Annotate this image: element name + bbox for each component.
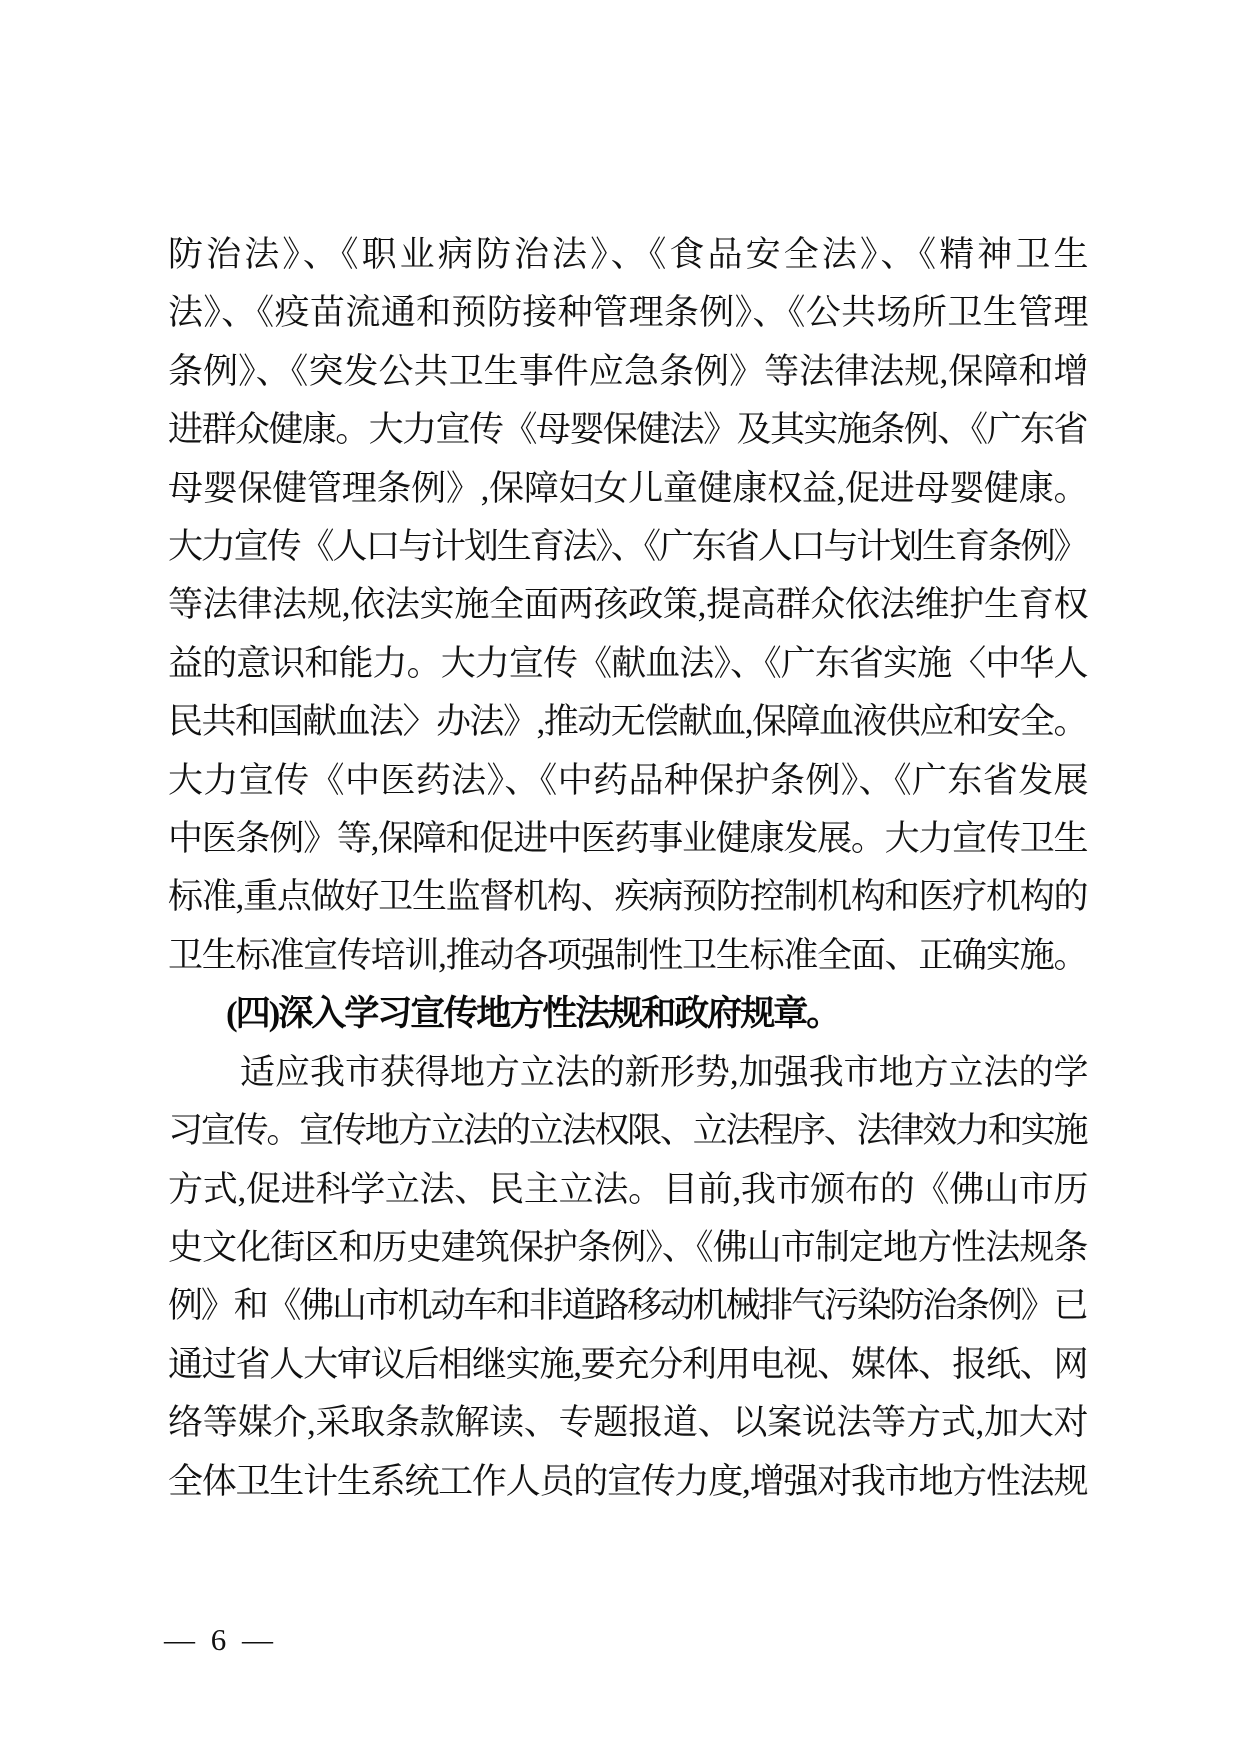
text-line: 母婴保健管理条例》,保障妇女儿童健康权益,促进母婴健康。 [168,460,1085,518]
text-line: 大力宣传《人口与计划生育法》、《广东省人口与计划生育条例》 [168,518,1085,576]
text-line: 标准,重点做好卫生监督机构、疾病预防控制机构和医疗机构的 [168,868,1085,926]
text-line: 络等媒介,采取条款解读、专题报道、以案说法等方式,加大对 [168,1394,1085,1452]
text-line: 民共和国献血法〉办法》,推动无偿献血,保障血液供应和安全。 [168,693,1085,751]
text-line: 中医条例》等,保障和促进中医药事业健康发展。大力宣传卫生 [168,810,1085,868]
body-text: 防治法》、《职业病防治法》、《食品安全法》、《精神卫生 法》、《疫苗流通和预防接… [168,226,1085,1511]
text-line: 适应我市获得地方立法的新形势,加强我市地方立法的学 [168,1044,1085,1102]
text-line: 益的意识和能力。大力宣传《献血法》、《广东省实施〈中华人 [168,635,1085,693]
text-line: 全体卫生计生系统工作人员的宣传力度,增强对我市地方性法规 [168,1453,1085,1511]
page-number: — 6 — [164,1620,277,1660]
text-line: 防治法》、《职业病防治法》、《食品安全法》、《精神卫生 [168,226,1085,284]
section-heading: (四)深入学习宣传地方性法规和政府规章。 [168,985,1085,1043]
text-line: 史文化街区和历史建筑保护条例》、《佛山市制定地方性法规条 [168,1219,1085,1277]
text-line: 条例》、《突发公共卫生事件应急条例》等法律法规,保障和增 [168,343,1085,401]
text-line: 大力宣传《中医药法》、《中药品种保护条例》、《广东省发展 [168,752,1085,810]
text-line: 通过省人大审议后相继实施,要充分利用电视、媒体、报纸、网 [168,1336,1085,1394]
text-line: 例》和《佛山市机动车和非道路移动机械排气污染防治条例》已 [168,1277,1085,1335]
document-page: 防治法》、《职业病防治法》、《食品安全法》、《精神卫生 法》、《疫苗流通和预防接… [0,0,1241,1754]
text-line: 等法律法规,依法实施全面两孩政策,提高群众依法维护生育权 [168,576,1085,634]
text-line: 法》、《疫苗流通和预防接种管理条例》、《公共场所卫生管理 [168,284,1085,342]
text-line: 进群众健康。大力宣传《母婴保健法》及其实施条例、《广东省 [168,401,1085,459]
text-line: 方式,促进科学立法、民主立法。目前,我市颁布的《佛山市历 [168,1161,1085,1219]
text-line: 习宣传。宣传地方立法的立法权限、立法程序、法律效力和实施 [168,1102,1085,1160]
text-line: 卫生标准宣传培训,推动各项强制性卫生标准全面、正确实施。 [168,927,1085,985]
